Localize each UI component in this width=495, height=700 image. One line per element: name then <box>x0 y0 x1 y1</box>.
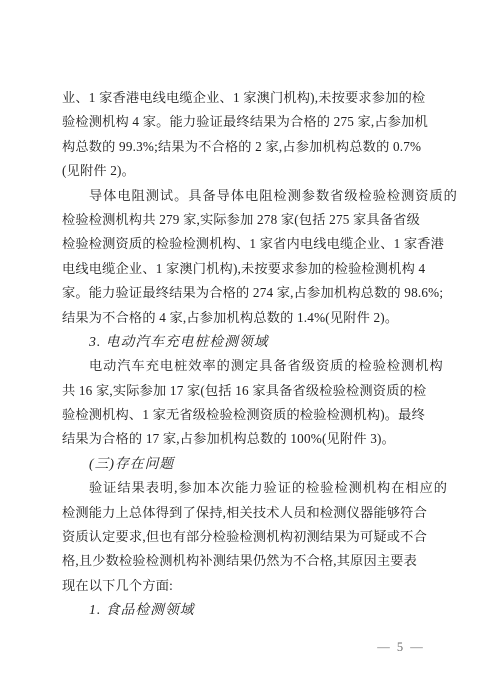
text-line: 导体电阻测试。具备导体电阻检测参数省级检验检测资质的 <box>62 184 439 208</box>
heading-line: 3. 电动汽车充电桩检测领域 <box>62 330 439 354</box>
text-line: 家。能力验证最终结果为合格的 274 家,占参加机构总数的 98.6%; <box>62 281 439 305</box>
text-line: 验证结果表明,参加本次能力验证的检验检测机构在相应的 <box>62 476 439 500</box>
text-line: 结果为不合格的 4 家,占参加机构总数的 1.4%(见附件 2)。 <box>62 306 439 330</box>
text-line: 验检测机构 4 家。能力验证最终结果为合格的 275 家,占参加机 <box>62 110 439 134</box>
text-line: 检验检测资质的检验检测机构、1 家省内电线电缆企业、1 家香港 <box>62 232 439 256</box>
page-number: — 5 — <box>374 640 428 654</box>
text-line: (见附件 2)。 <box>62 159 439 183</box>
text-line: 业、1 家香港电线电缆企业、1 家澳门机构),未按要求参加的检 <box>62 86 439 110</box>
document-body: 业、1 家香港电线电缆企业、1 家澳门机构),未按要求参加的检验检测机构 4 家… <box>62 86 439 623</box>
text-line: 现在以下几个方面: <box>62 574 439 598</box>
text-line: 检验检测机构共 279 家,实际参加 278 家(包括 275 家具备省级 <box>62 208 439 232</box>
heading-line: (三)存在问题 <box>62 452 439 476</box>
heading-line: 1. 食品检测领域 <box>62 598 439 622</box>
text-line: 电动汽车充电桩效率的测定具备省级资质的检验检测机构 <box>62 354 439 378</box>
text-line: 格,且少数检验检测机构补测结果仍然为不合格,其原因主要表 <box>62 549 439 573</box>
text-line: 电线电缆企业、1 家澳门机构),未按要求参加的检验检测机构 4 <box>62 257 439 281</box>
document-page: 业、1 家香港电线电缆企业、1 家澳门机构),未按要求参加的检验检测机构 4 家… <box>0 0 495 700</box>
text-line: 检测能力上总体得到了保持,相关技术人员和检测仪器能够符合 <box>62 501 439 525</box>
text-line: 资质认定要求,但也有部分检验检测机构初测结果为可疑或不合 <box>62 525 439 549</box>
text-line: 结果为合格的 17 家,占参加机构总数的 100%(见附件 3)。 <box>62 427 439 451</box>
text-line: 构总数的 99.3%;结果为不合格的 2 家,占参加机构总数的 0.7% <box>62 135 439 159</box>
text-line: 共 16 家,实际参加 17 家(包括 16 家具备省级检验检测资质的检 <box>62 379 439 403</box>
text-line: 验检测机构、1 家无省级检验检测资质的检验检测机构)。最终 <box>62 403 439 427</box>
